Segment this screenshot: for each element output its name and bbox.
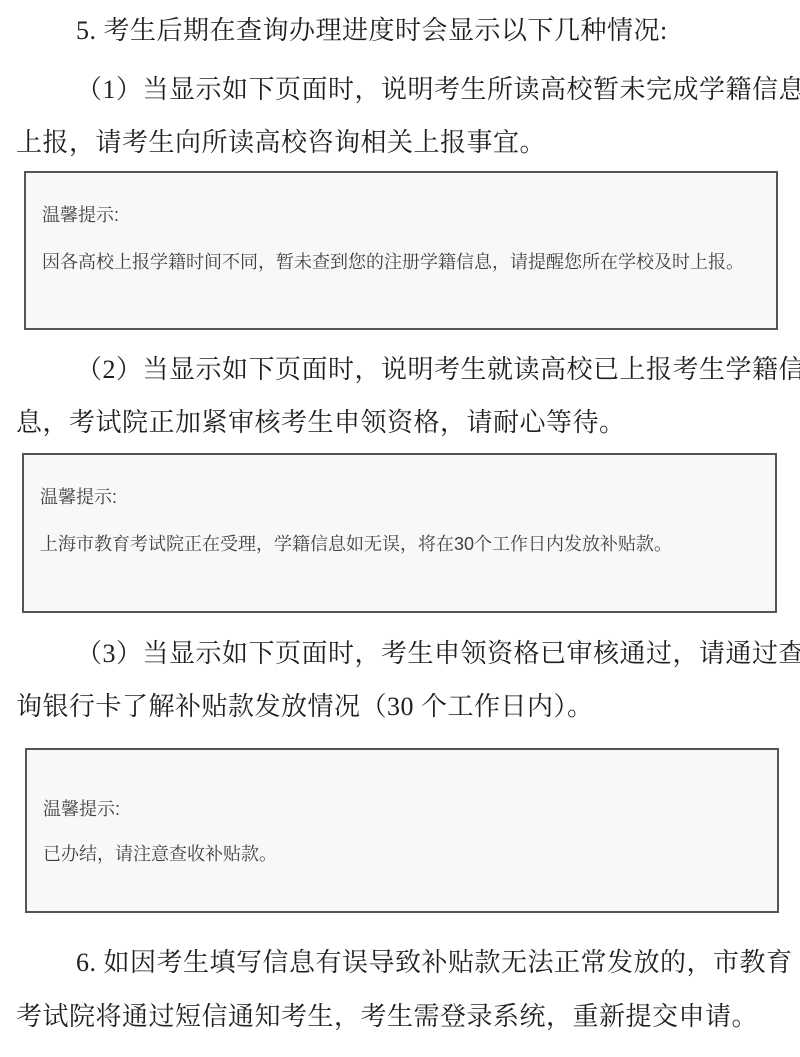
paragraph-item-5-1-line-2: 上报，请考生向所读高校咨询相关上报事宜。 <box>16 127 546 159</box>
tip-box-title: 温馨提示: <box>43 797 765 821</box>
paragraph-item-5: 5. 考生后期在查询办理进度时会显示以下几种情况: <box>76 15 668 47</box>
tip-box-title: 温馨提示: <box>42 203 764 227</box>
paragraph-item-5-1-line-1: （1）当显示如下页面时，说明考生所读高校暂未完成学籍信息 <box>76 74 800 106</box>
paragraph-item-6-line-2: 考试院将通过短信通知考生，考生需登录系统，重新提交申请。 <box>16 1001 758 1033</box>
tip-box-body: 上海市教育考试院正在受理，学籍信息如无误，将在30个工作日内发放补贴款。 <box>40 532 763 556</box>
paragraph-item-5-2-line-2: 息，考试院正加紧审核考生申领资格，请耐心等待。 <box>16 407 626 439</box>
paragraph-item-6-line-1: 6. 如因考生填写信息有误导致补贴款无法正常发放的，市教育 <box>76 947 793 979</box>
tip-box-under-review: 温馨提示: 上海市教育考试院正在受理，学籍信息如无误，将在30个工作日内发放补贴… <box>22 453 777 613</box>
tip-box-body: 已办结，请注意查收补贴款。 <box>43 842 765 866</box>
tip-box-completed: 温馨提示: 已办结，请注意查收补贴款。 <box>25 748 779 913</box>
paragraph-item-5-3-line-1: （3）当显示如下页面时，考生申领资格已审核通过，请通过查 <box>76 638 800 670</box>
paragraph-item-5-3-line-2: 询银行卡了解补贴款发放情况（30 个工作日内）。 <box>16 691 594 723</box>
paragraph-item-5-2-line-1: （2）当显示如下页面时，说明考生就读高校已上报考生学籍信 <box>76 354 800 386</box>
document-page: 5. 考生后期在查询办理进度时会显示以下几种情况: （1）当显示如下页面时，说明… <box>0 0 800 1057</box>
tip-box-pending-school-report: 温馨提示: 因各高校上报学籍时间不同，暂未查到您的注册学籍信息，请提醒您所在学校… <box>24 171 778 330</box>
tip-box-title: 温馨提示: <box>40 485 763 509</box>
tip-box-body: 因各高校上报学籍时间不同，暂未查到您的注册学籍信息，请提醒您所在学校及时上报。 <box>42 250 764 274</box>
